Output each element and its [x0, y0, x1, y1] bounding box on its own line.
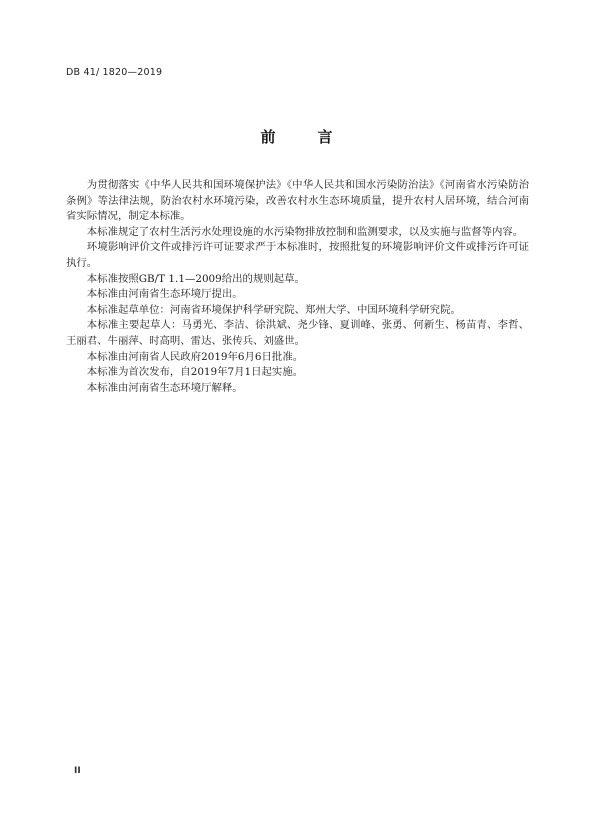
paragraph-drafting-rules: 本标准按照GB/T 1.1—2009给出的规则起草。 — [66, 272, 529, 288]
standard-code: DB 41/ 1820—2019 — [66, 67, 162, 78]
paragraph-drafters: 本标准主要起草人：马勇光、李洁、徐洪斌、尧少锋、夏训峰、张勇、何新生、杨苗青、李… — [66, 318, 529, 349]
title-char-1: 前 — [260, 126, 275, 147]
paragraph-implementation: 本标准为首次发布，自2019年7月1日起实施。 — [66, 365, 529, 381]
title-char-2: 言 — [318, 126, 333, 147]
paragraph-purpose: 为贯彻落实《中华人民共和国环境保护法》《中华人民共和国水污染防治法》《河南省水污… — [66, 178, 529, 225]
page-number: II — [74, 766, 81, 776]
foreword-body: 为贯彻落实《中华人民共和国环境保护法》《中华人民共和国水污染防治法》《河南省水污… — [66, 178, 529, 396]
paragraph-interpretation: 本标准由河南省生态环境厅解释。 — [66, 381, 529, 397]
paragraph-proposer: 本标准由河南省生态环境厅提出。 — [66, 287, 529, 303]
paragraph-drafting-units: 本标准起草单位：河南省环境保护科学研究院、郑州大学、中国环境科学研究院。 — [66, 303, 529, 319]
page-title: 前言 — [0, 126, 593, 147]
paragraph-scope: 本标准规定了农村生活污水处理设施的水污染物排放控制和监测要求，以及实施与监督等内… — [66, 225, 529, 241]
paragraph-approval: 本标准由河南省人民政府2019年6月6日批准。 — [66, 350, 529, 366]
paragraph-eia: 环境影响评价文件或排污许可证要求严于本标准时，按照批复的环境影响评价文件或排污许… — [66, 240, 529, 271]
